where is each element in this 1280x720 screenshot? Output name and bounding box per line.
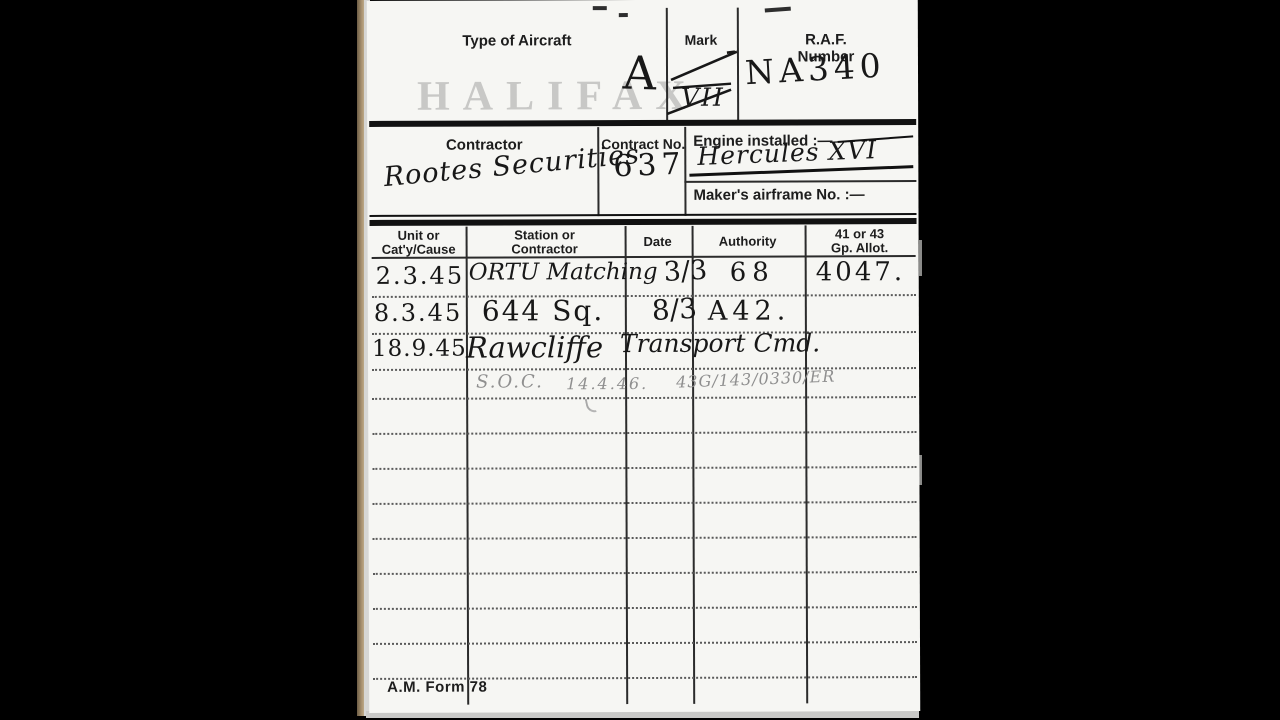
column-header-authority: Authority — [719, 235, 777, 249]
cell-station: S.O.C. — [476, 371, 544, 392]
table-column-divider — [625, 226, 629, 704]
cell-allot: 4047. — [816, 257, 906, 287]
column-header-date: Date — [643, 235, 671, 249]
table-row: 2.3.45 ORTU Matching 3/3 68 4047. — [367, 0, 918, 1]
column-header-allot: 41 or 43 Gp. Allot. — [831, 227, 888, 255]
scan-background: Type of Aircraft Mark R.A.F. Number HALI… — [0, 0, 1280, 720]
cell-authority: A42. — [708, 295, 791, 326]
ruled-line — [373, 571, 917, 575]
type-of-aircraft-label: Type of Aircraft — [462, 32, 571, 49]
aircraft-type-stamp: HALIFAX — [417, 72, 699, 121]
table-row: 8.3.45 644 Sq. 8/3 A42. — [367, 0, 918, 1]
form-number: A.M. Form 78 — [387, 679, 487, 696]
column-header-unit: Unit or Cat'y/Cause — [382, 229, 456, 257]
ruled-line — [373, 501, 917, 505]
mark-value-text: VII — [681, 83, 725, 112]
raf-number-handwritten: NA340 — [744, 46, 887, 93]
table-column-divider — [466, 227, 470, 705]
cell-station: ORTU Matching — [469, 259, 658, 286]
ruled-line — [373, 641, 917, 645]
type-letter-handwritten: A — [622, 46, 657, 101]
cell-authority: 43G/143/0330/ER — [676, 367, 836, 392]
engine-cell-divider — [684, 180, 916, 183]
cell-unit: 18.9.45 — [372, 336, 467, 362]
ruled-line — [372, 466, 916, 470]
ruled-line — [372, 431, 916, 435]
table-row: S.O.C. 14.4.46. 43G/143/0330/ER — [367, 0, 918, 1]
scan-artifact — [765, 7, 791, 13]
paper-edge-mark — [919, 240, 922, 276]
table-column-divider — [805, 225, 809, 703]
pencil-mark — [585, 397, 597, 414]
column-header-station: Station or Contractor — [511, 228, 578, 256]
contract-no-handwritten: 637 — [613, 147, 687, 185]
section-divider — [370, 213, 917, 217]
section-divider — [370, 218, 917, 226]
scan-artifact — [619, 13, 628, 17]
cell-authority: 68 — [730, 258, 775, 288]
table-row: 18.9.45 Rawcliffe Transport Cmd. — [367, 0, 918, 1]
ruled-line — [373, 536, 917, 540]
cell-unit: 2.3.45 — [376, 262, 464, 290]
cell-authority-span: Transport Cmd. — [620, 328, 820, 358]
ruled-line — [372, 294, 916, 298]
cell-unit: 8.3.45 — [374, 299, 462, 327]
scan-artifact — [593, 6, 607, 10]
cell-date: 3/3 — [663, 255, 708, 288]
movement-card: Type of Aircraft Mark R.A.F. Number HALI… — [367, 0, 920, 713]
cell-date: 14.4.46. — [566, 374, 648, 393]
ruled-line — [372, 396, 916, 400]
airframe-no-label: Maker's airframe No. :— — [693, 186, 864, 204]
cell-date: 8/3 — [651, 292, 698, 327]
cell-station: Rawcliffe — [466, 330, 603, 364]
mark-value-strokes: VII — [661, 44, 743, 120]
ruled-line — [373, 606, 917, 610]
section-divider — [369, 119, 916, 127]
cell-station: 644 Sq. — [482, 294, 604, 327]
